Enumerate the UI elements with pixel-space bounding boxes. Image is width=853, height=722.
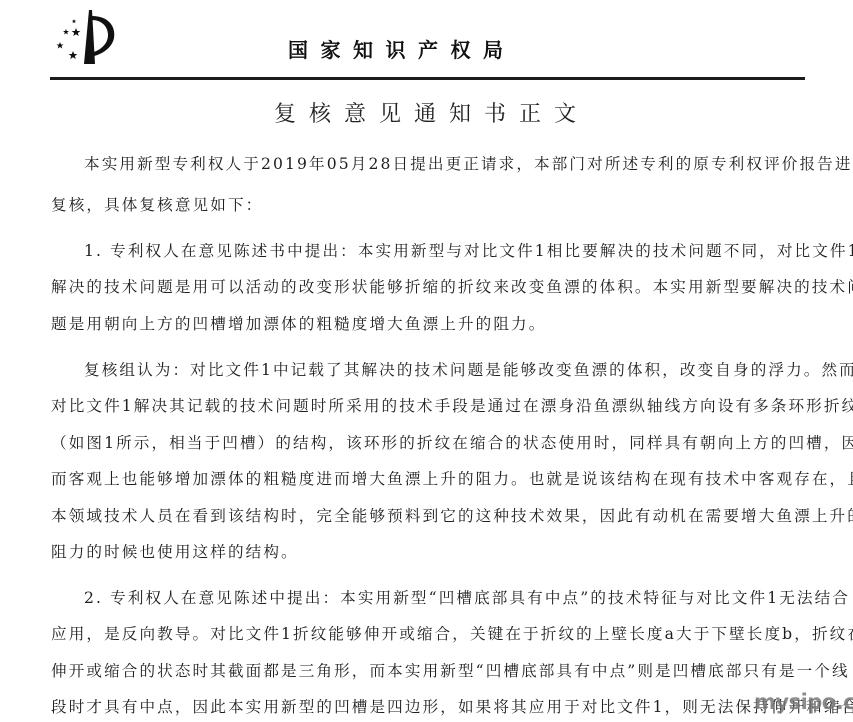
document-page: 国家知识产权局 复核意见通知书正文 本实用新型专利权人于2019年05月28日提… [0,0,853,722]
point2-line-2: 应用，是反向教导。对比文件1折纹能够伸开或缩合，关键在于折纹的上壁长度a大于下壁… [51,622,853,644]
header-divider [50,77,805,80]
point2-line-1: 2. 专利权人在意见陈述中提出：本实用新型“凹槽底部具有中点”的技术特征与对比文… [84,586,850,608]
intro-line-2: 复核，具体复核意见如下： [51,193,263,215]
agency-name: 国家知识产权局 [288,34,516,63]
cnipa-emblem-icon [46,8,118,66]
point1-line-1: 1. 专利权人在意见陈述书中提出：本实用新型与对比文件1相比要解决的技术问题不同… [84,239,853,261]
document-title: 复核意见通知书正文 [274,97,589,128]
intro-line-1: 本实用新型专利权人于2019年05月28日提出更正请求，本部门对所述专利的原专利… [84,152,853,174]
review-line-4: 而客观上也能够增加漂体的粗糙度进而增大鱼漂上升的阻力。也就是说该结构在现有技术中… [51,467,853,489]
point2-line-4: 段时才具有中点，因此本实用新型的凹槽是四边形，如果将其应用于对比文件1，则无法保… [51,695,853,717]
review-line-6: 阻力的时候也使用这样的结构。 [51,540,299,562]
review-line-3: （如图1所示，相当于凹槽）的结构，该环形的折纹在缩合的状态使用时，同样具有朝向上… [51,431,853,453]
review-line-2: 对比文件1解决其记载的技术问题时所采用的技术手段是通过在漂身沿鱼漂纵轴线方向设有… [51,394,853,416]
point2-line-3: 伸开或缩合的状态时其截面都是三角形，而本实用新型“凹槽底部具有中点”则是凹槽底部… [51,659,850,681]
watermark: mysipo.com [754,690,853,714]
review-line-5: 本领域技术人员在看到该结构时，完全能够预料到它的这种技术效果，因此有动机在需要增… [51,504,853,526]
point1-line-2: 解决的技术问题是用可以活动的改变形状能够折缩的折纹来改变鱼漂的体积。本实用新型要… [51,275,853,297]
review-line-1: 复核组认为：对比文件1中记载了其解决的技术问题是能够改变鱼漂的体积，改变自身的浮… [84,358,853,380]
point1-line-3: 题是用朝向上方的凹槽增加漂体的粗糙度增大鱼漂上升的阻力。 [51,312,546,334]
